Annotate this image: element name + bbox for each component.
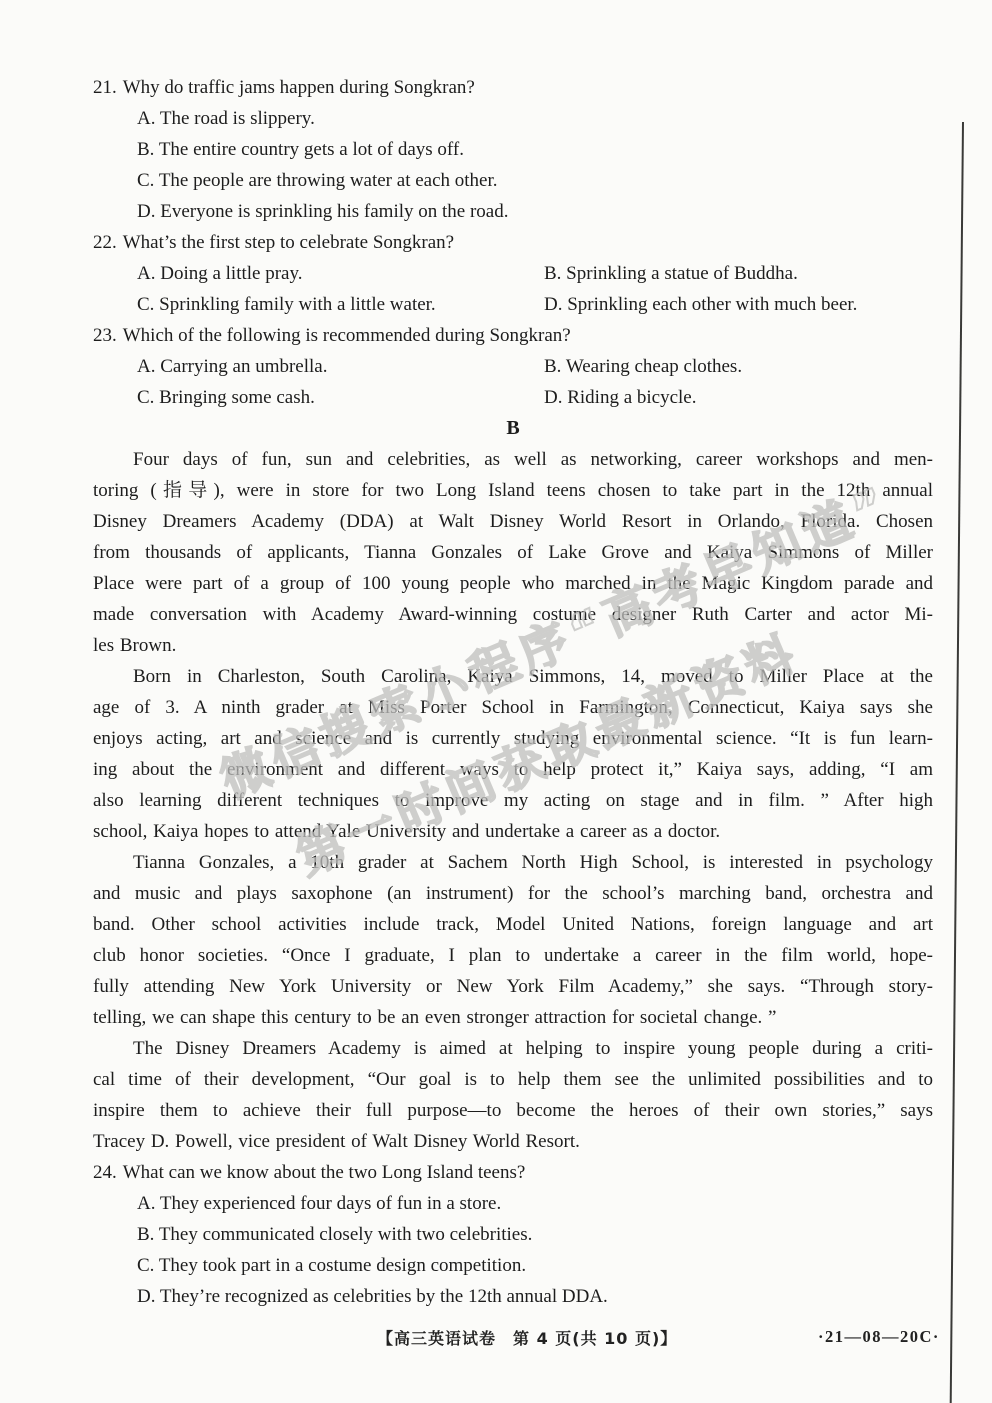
- passage-line: age of 3. A ninth grader at Miss Porter …: [93, 692, 933, 723]
- question-24: 24.What can we know about the two Long I…: [93, 1157, 933, 1312]
- question-23-stem-line: 23.Which of the following is recommended…: [93, 320, 933, 351]
- option-c: C. Bringing some cash.: [137, 382, 544, 413]
- option-c: C. The people are throwing water at each…: [93, 165, 933, 196]
- option-b: B. They communicated closely with two ce…: [93, 1219, 933, 1250]
- passage-paragraph-4: The Disney Dreamers Academy is aimed at …: [93, 1033, 933, 1157]
- question-24-options: A. They experienced four days of fun in …: [93, 1188, 933, 1312]
- footer-page-label: 【高三英语试卷 第 4 页(共 10 页)】: [377, 1326, 677, 1349]
- passage-line: from thousands of applicants, Tianna Gon…: [93, 537, 933, 568]
- passage-line: telling, we can shape this century to be…: [93, 1002, 933, 1033]
- passage-line: toring (指导), were in store for two Long …: [93, 475, 933, 506]
- passage-line: school, Kaiya hopes to attend Yale Unive…: [93, 816, 933, 847]
- question-stem: Why do traffic jams happen during Songkr…: [123, 77, 475, 98]
- question-stem: What’s the first step to celebrate Songk…: [123, 232, 454, 253]
- question-23: 23.Which of the following is recommended…: [93, 320, 933, 413]
- passage-line: The Disney Dreamers Academy is aimed at …: [93, 1033, 933, 1064]
- reading-passage-b: B Four days of fun, sun and celebrities,…: [93, 413, 933, 1157]
- passage-line: Born in Charleston, South Carolina, Kaiy…: [93, 661, 933, 692]
- passage-line: Place were part of a group of 100 young …: [93, 568, 933, 599]
- passage-line: also learning different techniques to im…: [93, 785, 933, 816]
- passage-line: Four days of fun, sun and celebrities, a…: [93, 444, 933, 475]
- question-number: 21.: [93, 72, 117, 103]
- passage-line: band. Other school activities include tr…: [93, 909, 933, 940]
- question-stem: Which of the following is recommended du…: [123, 325, 571, 346]
- option-d: D. They’re recognized as celebrities by …: [93, 1281, 933, 1312]
- question-22: 22.What’s the first step to celebrate So…: [93, 227, 933, 320]
- option-a: A. Carrying an umbrella.: [137, 351, 544, 382]
- option-b: B. Wearing cheap clothes.: [544, 351, 933, 382]
- footer-paper-code: ·21—08—20C·: [818, 1327, 940, 1347]
- option-c: C. Sprinkling family with a little water…: [137, 289, 544, 320]
- question-number: 22.: [93, 227, 117, 258]
- question-number: 23.: [93, 320, 117, 351]
- option-b: B. The entire country gets a lot of days…: [93, 134, 933, 165]
- option-d: D. Sprinkling each other with much beer.: [544, 289, 933, 320]
- question-22-stem-line: 22.What’s the first step to celebrate So…: [93, 227, 933, 258]
- scan-edge-line: [950, 122, 964, 1403]
- option-a: A. They experienced four days of fun in …: [93, 1188, 933, 1219]
- option-d: D. Riding a bicycle.: [544, 382, 933, 413]
- question-number: 24.: [93, 1157, 117, 1188]
- question-21-stem-line: 21.Why do traffic jams happen during Son…: [93, 72, 933, 103]
- option-a: A. Doing a little pray.: [137, 258, 544, 289]
- option-c: C. They took part in a costume design co…: [93, 1250, 933, 1281]
- question-23-options: A. Carrying an umbrella. B. Wearing chea…: [93, 351, 933, 413]
- passage-line: fully attending New York University or N…: [93, 971, 933, 1002]
- passage-line: Tracey D. Powell, vice president of Walt…: [93, 1126, 933, 1157]
- exam-page: 21.Why do traffic jams happen during Son…: [0, 0, 992, 1403]
- passage-line: enjoys acting, art and science and is cu…: [93, 723, 933, 754]
- passage-line: club honor societies. “Once I graduate, …: [93, 940, 933, 971]
- passage-paragraph-3: Tianna Gonzales, a 10th grader at Sachem…: [93, 847, 933, 1033]
- passage-line: made conversation with Academy Award-win…: [93, 599, 933, 630]
- passage-line: les Brown.: [93, 630, 933, 661]
- passage-line: Tianna Gonzales, a 10th grader at Sachem…: [93, 847, 933, 878]
- question-21: 21.Why do traffic jams happen during Son…: [93, 72, 933, 227]
- question-22-options: A. Doing a little pray. B. Sprinkling a …: [93, 258, 933, 320]
- passage-line: inspire them to achieve their full purpo…: [93, 1095, 933, 1126]
- passage-paragraph-2: Born in Charleston, South Carolina, Kaiy…: [93, 661, 933, 847]
- passage-line: cal time of their development, “Our goal…: [93, 1064, 933, 1095]
- question-stem: What can we know about the two Long Isla…: [123, 1162, 526, 1183]
- passage-line: and music and plays saxophone (an instru…: [93, 878, 933, 909]
- option-b: B. Sprinkling a statue of Buddha.: [544, 258, 933, 289]
- question-24-stem-line: 24.What can we know about the two Long I…: [93, 1157, 933, 1188]
- option-d: D. Everyone is sprinkling his family on …: [93, 196, 933, 227]
- passage-line: Disney Dreamers Academy (DDA) at Walt Di…: [93, 506, 933, 537]
- page-content: 21.Why do traffic jams happen during Son…: [93, 72, 933, 1312]
- passage-paragraph-1: Four days of fun, sun and celebrities, a…: [93, 444, 933, 661]
- question-21-options: A. The road is slippery. B. The entire c…: [93, 103, 933, 227]
- option-a: A. The road is slippery.: [93, 103, 933, 134]
- passage-line: ing about the environment and different …: [93, 754, 933, 785]
- section-heading: B: [93, 413, 933, 444]
